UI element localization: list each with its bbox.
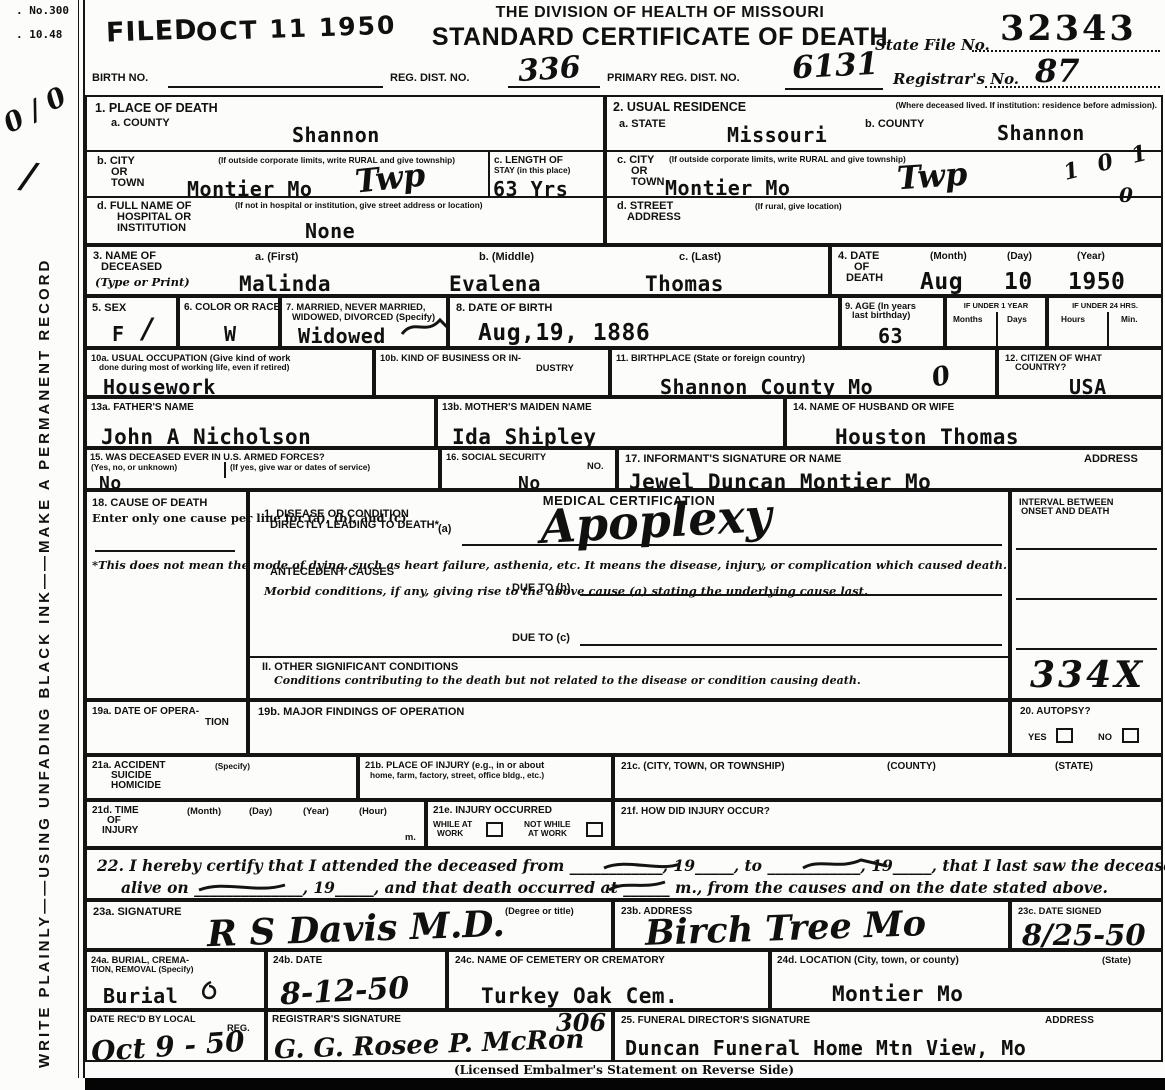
injury-state-label: (STATE) bbox=[1055, 761, 1093, 772]
filed-stamp-date: OCT 11 1950 bbox=[196, 11, 397, 47]
divider bbox=[488, 150, 490, 196]
handwritten-scrawl bbox=[197, 980, 223, 1002]
handwritten-scrawl bbox=[607, 878, 667, 894]
funeral-director-address-label: ADDRESS bbox=[1045, 1015, 1094, 1026]
burial-date-label: 24b. DATE bbox=[273, 955, 322, 966]
funeral-director-box: 25. FUNERAL DIRECTOR'S SIGNATURE ADDRESS… bbox=[613, 1010, 1163, 1062]
reg-dist-label: REG. DIST. NO. bbox=[390, 72, 469, 84]
scan-bottom-bar bbox=[85, 1078, 1165, 1090]
residence-state-label: a. STATE bbox=[619, 118, 666, 130]
registrar-signature-box: REGISTRAR'S SIGNATURE G. G. Rosee P. McR… bbox=[266, 1010, 613, 1062]
date-signed-label: 23c. DATE SIGNED bbox=[1018, 906, 1102, 916]
ssn-label: 16. SOCIAL SECURITY bbox=[446, 452, 546, 462]
time-of-injury-box: 21d. TIME OF INJURY (Month) (Day) (Year)… bbox=[85, 800, 426, 848]
color-race-value: W bbox=[224, 322, 237, 346]
autopsy-box: 20. AUTOPSY? YES NO bbox=[1010, 700, 1163, 755]
margin-rule-outer bbox=[78, 0, 79, 1078]
residence-title: 2. USUAL RESIDENCE bbox=[613, 100, 746, 114]
certify-statement-box: 22. I hereby certify that I attended the… bbox=[85, 848, 1163, 900]
not-while-at-work-checkbox bbox=[586, 822, 603, 837]
registrar-signature-label: REGISTRAR'S SIGNATURE bbox=[272, 1014, 401, 1025]
interval-box: INTERVAL BETWEEN ONSET AND DEATH 334X bbox=[1010, 490, 1163, 700]
name-title2: DECEASED bbox=[101, 261, 162, 273]
pod-stay-value: 63 Yrs bbox=[493, 177, 568, 201]
due-to-b-line bbox=[580, 594, 1002, 596]
birthplace-box: 11. BIRTHPLACE (State or foreign country… bbox=[610, 348, 997, 397]
cause-note2: *This does not mean the mode of dying, s… bbox=[92, 558, 242, 573]
due-to-c-line bbox=[580, 644, 1002, 646]
how-injury-label: 21f. HOW DID INJURY OCCUR? bbox=[621, 806, 770, 817]
spouse-value: Houston Thomas bbox=[835, 425, 1019, 449]
birthplace-label: 11. BIRTHPLACE (State or foreign country… bbox=[616, 353, 805, 363]
form-title-line1: THE DIVISION OF HEALTH OF MISSOURI bbox=[420, 4, 900, 22]
physician-signature-label: 23a. SIGNATURE bbox=[93, 906, 181, 918]
age-value: 63 bbox=[878, 324, 903, 348]
interval-line-c bbox=[1016, 648, 1157, 650]
handwritten-scrawl bbox=[400, 316, 450, 338]
dod-month-label: (Month) bbox=[930, 251, 967, 262]
handwritten-scrawl bbox=[799, 856, 889, 872]
armed-forces-label: 15. WAS DECEASED EVER IN U.S. ARMED FORC… bbox=[90, 452, 325, 462]
age-box: 9. AGE (In years last birthday) 63 bbox=[840, 296, 945, 348]
mother-box: 13b. MOTHER'S MAIDEN NAME Ida Shipley bbox=[436, 397, 785, 448]
registrar-no-value: 87 bbox=[1035, 52, 1080, 90]
residence-city-hw-township: Twp bbox=[896, 155, 969, 198]
occupation-value: Housework bbox=[103, 375, 216, 399]
operation-date-label: 19a. DATE OF OPERA- bbox=[92, 706, 199, 717]
burial-value: Burial bbox=[103, 984, 178, 1008]
dod-day-value: 10 bbox=[1004, 269, 1033, 295]
interval-label2: ONSET AND DEATH bbox=[1021, 506, 1109, 516]
reg-dist-blank bbox=[508, 86, 600, 88]
antecedent-label: ANTECEDENT CAUSES bbox=[270, 566, 394, 578]
father-box: 13a. FATHER'S NAME John A Nicholson bbox=[85, 397, 436, 448]
hours-label: Hours bbox=[1061, 315, 1085, 324]
informant-address-label: ADDRESS bbox=[1084, 453, 1138, 465]
occupation-label2: done during most of working life, even i… bbox=[99, 363, 289, 372]
name-first-value: Malinda bbox=[239, 272, 331, 296]
residence-street-label2: ADDRESS bbox=[627, 211, 681, 223]
color-race-box: 6. COLOR OR RACE W bbox=[178, 296, 280, 348]
age-under-24-box: IF UNDER 24 HRS. Hours Min. bbox=[1047, 296, 1163, 348]
accident-label3: HOMICIDE bbox=[111, 780, 161, 791]
physician-address-box: 23b. ADDRESS Birch Tree Mo bbox=[613, 900, 1010, 950]
injury-year-label: (Year) bbox=[303, 806, 329, 816]
place-of-death-title: 1. PLACE OF DEATH bbox=[95, 101, 218, 115]
injury-m-label: m. bbox=[405, 832, 416, 842]
handwritten-scrawl bbox=[602, 858, 682, 872]
margin-handwritten-mark: 0 / 0 bbox=[0, 81, 72, 139]
interval-line-a bbox=[1016, 548, 1157, 550]
date-signed-box: 23c. DATE SIGNED 8/25-50 bbox=[1010, 900, 1163, 950]
other-conditions-label: II. OTHER SIGNIFICANT CONDITIONS bbox=[262, 661, 458, 673]
dod-year-label: (Year) bbox=[1077, 251, 1105, 262]
divider bbox=[607, 150, 1161, 152]
residence-county-value: Shannon bbox=[997, 121, 1085, 145]
father-label: 13a. FATHER'S NAME bbox=[91, 402, 194, 413]
injury-county-label: (COUNTY) bbox=[887, 761, 936, 772]
injury-city-box: 21c. (CITY, TOWN, OR TOWNSHIP) (COUNTY) … bbox=[613, 755, 1163, 800]
operation-findings-box: 19b. MAJOR FINDINGS OF OPERATION bbox=[248, 700, 1010, 755]
father-value: John A Nicholson bbox=[101, 425, 311, 449]
armed-forces-note2: (If yes, give war or dates of service) bbox=[230, 463, 370, 472]
pod-inst-label3: INSTITUTION bbox=[117, 222, 186, 234]
margin-vertical-instruction: WRITE PLAINLY——USING UNFADING BLACK INK—… bbox=[36, 178, 53, 1068]
place-of-injury-label2: home, farm, factory, street, office bldg… bbox=[370, 771, 544, 780]
due-to-b-label: DUE TO (b) bbox=[512, 582, 570, 594]
death-certificate-scan: . No.300 . 10.48 0 / 0 / WRITE PLAINLY——… bbox=[0, 0, 1165, 1090]
pod-county-value: Shannon bbox=[292, 123, 380, 147]
age-label2: last birthday) bbox=[852, 310, 910, 320]
medical-certification-box: MEDICAL CERTIFICATION 1. DISEASE OR COND… bbox=[248, 490, 1010, 700]
pod-inst-note: (If not in hospital or institution, give… bbox=[235, 201, 595, 210]
injury-occurred-box: 21e. INJURY OCCURRED WHILE AT WORK NOT W… bbox=[426, 800, 613, 848]
cause-of-death-side-box: 18. CAUSE OF DEATH Enter only one cause … bbox=[85, 490, 248, 700]
birth-no-label: BIRTH NO. bbox=[92, 72, 148, 84]
burial-type-box: 24a. BURIAL, CREMA- TION, REMOVAL (Speci… bbox=[85, 950, 266, 1010]
date-received-label: DATE REC'D BY LOCAL bbox=[90, 1014, 196, 1024]
autopsy-yes-label: YES bbox=[1028, 732, 1047, 742]
cause-label: 18. CAUSE OF DEATH bbox=[92, 497, 207, 509]
spouse-box: 14. NAME OF HUSBAND OR WIFE Houston Thom… bbox=[785, 397, 1163, 448]
sex-value: F bbox=[112, 322, 125, 346]
dod-year-value: 1950 bbox=[1068, 269, 1125, 295]
registrar-signature-value: G. G. Rosee P. McRon bbox=[274, 1025, 585, 1066]
industry-label: 10b. KIND OF BUSINESS OR IN- bbox=[380, 353, 521, 363]
dob-value: Aug,19, 1886 bbox=[478, 320, 650, 346]
accident-box: 21a. ACCIDENT SUICIDE HOMICIDE (Specify) bbox=[85, 755, 358, 800]
residence-state-value: Missouri bbox=[727, 123, 827, 147]
date-received-box: DATE REC'D BY LOCAL REG. Oct 9 - 50 bbox=[85, 1010, 266, 1062]
citizen-box: 12. CITIZEN OF WHAT COUNTRY? USA bbox=[997, 348, 1163, 397]
cemetery-box: 24c. NAME OF CEMETERY OR CREMATORY Turke… bbox=[447, 950, 770, 1010]
while-at-label2: WORK bbox=[437, 829, 463, 838]
dod-month-value: Aug bbox=[920, 269, 963, 295]
date-of-birth-box: 8. DATE OF BIRTH Aug,19, 1886 bbox=[448, 296, 840, 348]
armed-forces-note1: (Yes, no, or unknown) bbox=[91, 463, 177, 472]
residence-title-note: (Where deceased lived. If institution: r… bbox=[787, 101, 1157, 110]
name-last-label: c. (Last) bbox=[679, 251, 721, 263]
physician-address-value: Birch Tree Mo bbox=[644, 903, 926, 954]
autopsy-yes-checkbox bbox=[1056, 728, 1073, 743]
physician-signature-box: 23a. SIGNATURE (Degree or title) R S Dav… bbox=[85, 900, 613, 950]
divider bbox=[87, 150, 603, 152]
burial-date-box: 24b. DATE 8-12-50 bbox=[266, 950, 447, 1010]
ssn-box: 16. SOCIAL SECURITY NO. No bbox=[440, 448, 617, 490]
disease-label2: DIRECTLY LEADING TO DEATH* bbox=[270, 519, 439, 531]
divider bbox=[95, 550, 235, 552]
color-race-label: 6. COLOR OR RACE bbox=[184, 302, 280, 313]
dob-label: 8. DATE OF BIRTH bbox=[456, 302, 552, 314]
disease-a-label: (a) bbox=[438, 523, 451, 535]
footer-note: (Licensed Embalmer's Statement on Revers… bbox=[85, 1063, 1163, 1077]
under-24-label: IF UNDER 24 HRS. bbox=[1049, 302, 1161, 310]
under-year-label: IF UNDER 1 YEAR bbox=[947, 302, 1045, 310]
not-while-label2: AT WORK bbox=[528, 829, 567, 838]
cemetery-value: Turkey Oak Cem. bbox=[481, 984, 678, 1008]
place-of-death-box: 1. PLACE OF DEATH a. COUNTY Shannon b. C… bbox=[85, 95, 605, 245]
antecedent-note: Morbid conditions, if any, giving rise t… bbox=[264, 584, 509, 599]
primary-reg-value: 6131 bbox=[791, 46, 879, 86]
time-of-injury-label3: INJURY bbox=[102, 825, 138, 836]
name-middle-value: Evalena bbox=[449, 272, 541, 296]
operation-date-label2: TION bbox=[205, 717, 229, 728]
pod-stay-label2: STAY (in this place) bbox=[494, 166, 570, 175]
place-of-injury-label: 21b. PLACE OF INJURY (e.g., in or about bbox=[365, 760, 544, 770]
cause-note1: Enter only one cause per line for (a), (… bbox=[92, 511, 242, 525]
sex-hw-mark: / bbox=[142, 312, 152, 345]
informant-label: 17. INFORMANT'S SIGNATURE OR NAME bbox=[625, 453, 841, 465]
cemetery-label: 24c. NAME OF CEMETERY OR CREMATORY bbox=[455, 955, 665, 966]
autopsy-label: 20. AUTOPSY? bbox=[1020, 706, 1091, 717]
injury-hour-label: (Hour) bbox=[359, 806, 387, 816]
autopsy-no-label: NO bbox=[1098, 732, 1112, 742]
interval-hw-value: 334X bbox=[1030, 654, 1145, 696]
physician-signature-value: R S Davis M.D. bbox=[206, 903, 505, 955]
informant-box: 17. INFORMANT'S SIGNATURE OR NAME ADDRES… bbox=[617, 448, 1163, 490]
date-signed-value: 8/25-50 bbox=[1022, 918, 1146, 952]
accident-note: (Specify) bbox=[215, 762, 250, 771]
operation-date-box: 19a. DATE OF OPERA- TION bbox=[85, 700, 248, 755]
industry-box: 10b. KIND OF BUSINESS OR IN- DUSTRY bbox=[374, 348, 610, 397]
birth-no-blank bbox=[168, 86, 383, 88]
months-label: Months bbox=[953, 315, 983, 324]
citizen-label2: COUNTRY? bbox=[1015, 362, 1066, 372]
autopsy-no-checkbox bbox=[1122, 728, 1139, 743]
residence-city-value: Montier Mo bbox=[665, 176, 790, 200]
mother-value: Ida Shipley bbox=[452, 425, 597, 449]
primary-reg-blank bbox=[785, 88, 883, 90]
form-number-line1: . No.300 bbox=[16, 5, 69, 17]
date-of-death-box: 4. DATE OF DEATH (Month) (Day) (Year) Au… bbox=[830, 245, 1163, 296]
spouse-label: 14. NAME OF HUSBAND OR WIFE bbox=[793, 402, 954, 413]
state-file-number: 32343 bbox=[1000, 8, 1137, 49]
funeral-director-label: 25. FUNERAL DIRECTOR'S SIGNATURE bbox=[621, 1015, 810, 1026]
degree-or-title-label: (Degree or title) bbox=[505, 906, 574, 916]
citizen-value: USA bbox=[1069, 375, 1107, 399]
sex-box: 5. SEX F / bbox=[85, 296, 178, 348]
marital-value: Widowed bbox=[298, 324, 386, 348]
residence-city-town: TOWN bbox=[631, 176, 664, 188]
name-of-deceased-box: 3. NAME OF DECEASED (Type or Print) a. (… bbox=[85, 245, 830, 296]
armed-forces-box: 15. WAS DECEASED EVER IN U.S. ARMED FORC… bbox=[85, 448, 440, 490]
mother-label: 13b. MOTHER'S MAIDEN NAME bbox=[442, 402, 592, 413]
how-injury-box: 21f. HOW DID INJURY OCCUR? bbox=[613, 800, 1163, 848]
min-label: Min. bbox=[1121, 315, 1138, 324]
residence-county-label: b. COUNTY bbox=[865, 118, 924, 130]
injury-month-label: (Month) bbox=[187, 806, 221, 816]
divider bbox=[1107, 312, 1109, 346]
place-of-injury-box: 21b. PLACE OF INJURY (e.g., in or about … bbox=[358, 755, 613, 800]
name-middle-label: b. (Middle) bbox=[479, 251, 534, 263]
marital-label: 7. MARRIED, NEVER MARRIED, bbox=[286, 302, 425, 312]
ssn-label2: NO. bbox=[587, 461, 604, 471]
dod-title3: DEATH bbox=[846, 272, 883, 284]
interval-line-b bbox=[1016, 598, 1157, 600]
name-last-value: Thomas bbox=[645, 272, 724, 296]
burial-location-label: 24d. LOCATION (City, town, or county) bbox=[777, 955, 959, 966]
while-at-work-checkbox bbox=[486, 822, 503, 837]
age-under-year-box: IF UNDER 1 YEAR Months Days bbox=[945, 296, 1047, 348]
injury-occurred-label: 21e. INJURY OCCURRED bbox=[433, 805, 552, 816]
marital-status-box: 7. MARRIED, NEVER MARRIED, WIDOWED, DIVO… bbox=[280, 296, 448, 348]
injury-city-label: 21c. (CITY, TOWN, OR TOWNSHIP) bbox=[621, 761, 785, 772]
pod-city-hw-township: Twp bbox=[353, 155, 427, 200]
industry-label2: DUSTRY bbox=[536, 363, 574, 373]
registrar-hw-number: 306 bbox=[556, 1008, 606, 1037]
sex-label: 5. SEX bbox=[92, 302, 126, 314]
other-conditions-note: Conditions contributing to the death but… bbox=[274, 674, 614, 687]
burial-location-state-label: (State) bbox=[1102, 955, 1131, 965]
burial-location-value: Montier Mo bbox=[832, 982, 963, 1006]
usual-residence-box: 2. USUAL RESIDENCE (Where deceased lived… bbox=[605, 95, 1163, 245]
funeral-director-value: Duncan Funeral Home Mtn View, Mo bbox=[625, 1036, 1026, 1060]
due-to-c-label: DUE TO (c) bbox=[512, 632, 570, 644]
pod-city-town: TOWN bbox=[111, 177, 144, 189]
handwritten-scrawl bbox=[197, 880, 287, 894]
pod-county-label: a. COUNTY bbox=[111, 117, 170, 129]
form-number-line2: . 10.48 bbox=[16, 29, 62, 41]
pod-institution-value: None bbox=[305, 219, 355, 243]
operation-findings-label: 19b. MAJOR FINDINGS OF OPERATION bbox=[258, 706, 464, 718]
residence-street-note: (If rural, give location) bbox=[755, 202, 842, 211]
residence-hw-mark2: 0 bbox=[1119, 183, 1133, 207]
birthplace-value: Shannon County Mo bbox=[660, 375, 873, 399]
burial-label2: TION, REMOVAL (Specify) bbox=[91, 965, 194, 974]
filed-stamp: FILED bbox=[105, 14, 198, 48]
residence-city-note: (If outside corporate limits, write RURA… bbox=[669, 155, 906, 164]
occupation-box: 10a. USUAL OCCUPATION (Give kind of work… bbox=[85, 348, 374, 397]
name-first-label: a. (First) bbox=[255, 251, 298, 263]
primary-reg-label: PRIMARY REG. DIST. NO. bbox=[607, 72, 740, 84]
divider bbox=[996, 312, 998, 346]
date-received-value: Oct 9 - 50 bbox=[90, 1025, 246, 1069]
burial-date-value: 8-12-50 bbox=[279, 971, 410, 1013]
divider bbox=[250, 656, 1008, 658]
dod-day-label: (Day) bbox=[1007, 251, 1032, 262]
pod-city-value: Montier Mo bbox=[187, 177, 312, 201]
reg-dist-value: 336 bbox=[517, 50, 582, 89]
days-label: Days bbox=[1007, 315, 1027, 324]
burial-location-box: 24d. LOCATION (City, town, or county) (S… bbox=[770, 950, 1163, 1010]
birthplace-hw-mark: 0 bbox=[929, 360, 953, 393]
name-title-note: (Type or Print) bbox=[95, 275, 190, 289]
injury-day-label: (Day) bbox=[249, 806, 272, 816]
divider bbox=[224, 462, 226, 478]
